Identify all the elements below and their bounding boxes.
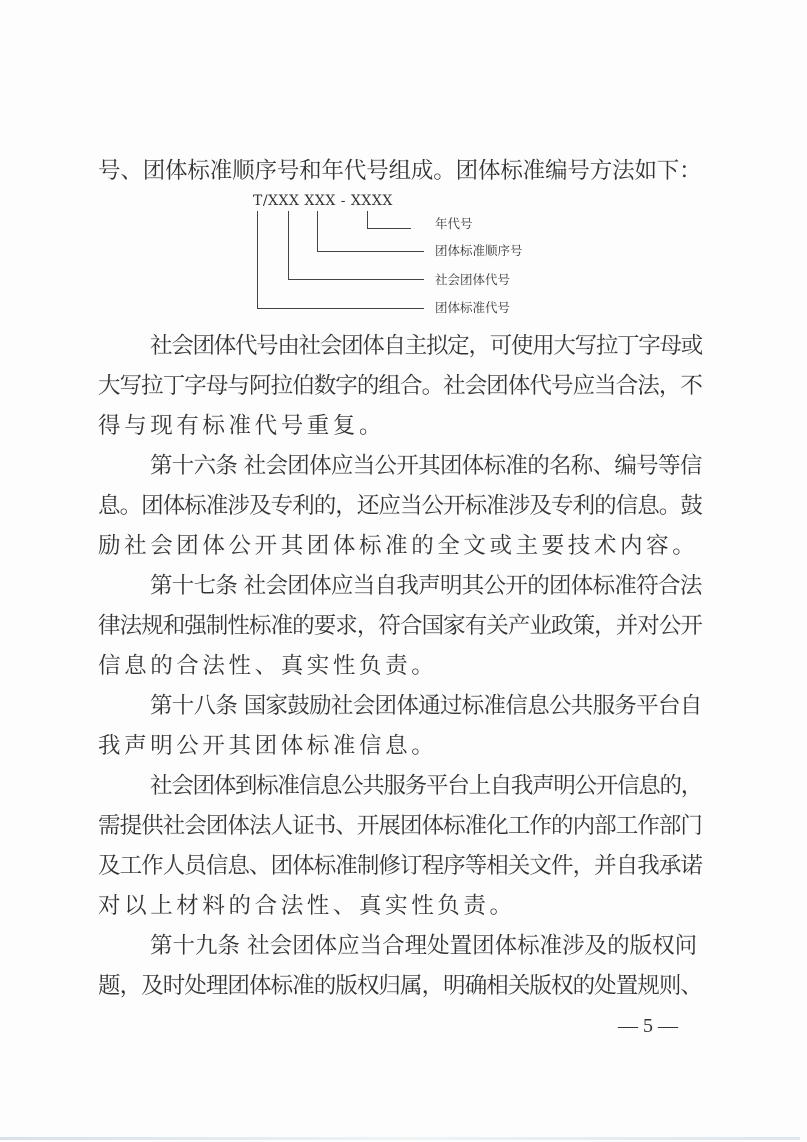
connector-line	[367, 211, 368, 228]
connector-line	[317, 251, 424, 252]
text-line: 息。团体标准涉及专利的，还应当公开标准涉及专利的信息。鼓	[98, 491, 702, 521]
standard-number-format: T/XXX XXX - XXXX	[253, 193, 393, 209]
page-number: — 5 —	[618, 1015, 678, 1038]
connector-line	[288, 279, 424, 280]
text-line: 励社会团体公开其团体标准的全文或主要技术内容。	[98, 531, 702, 561]
label-org-code: 社会团体代号	[435, 270, 510, 288]
text-line: 信息的合法性、真实性负责。	[98, 651, 702, 681]
connector-line	[317, 211, 318, 251]
text-line: 对以上材料的合法性、真实性负责。	[98, 891, 702, 921]
standard-number-diagram: T/XXX XXX - XXXX 年代号 团体标准顺序号 社会团体代号 团体标准…	[240, 190, 560, 320]
text-line: 社会团体到标准信息公共服务平台上自我声明公开信息的，	[150, 771, 702, 801]
text-line: 我声明公开其团体标准信息。	[98, 731, 702, 761]
text-line: 社会团体代号由社会团体自主拟定，可使用大写拉丁字母或	[150, 331, 702, 361]
text-line: 需提供社会团体法人证书、开展团体标准化工作的内部工作部门	[98, 811, 702, 841]
text-line: 大写拉丁字母与阿拉伯数字的组合。社会团体代号应当合法，不	[98, 371, 702, 401]
page-bottom-edge	[0, 1137, 800, 1140]
article-18-heading-line: 第十八条 国家鼓励社会团体通过标准信息公共服务平台自	[150, 691, 702, 721]
connector-line	[257, 308, 424, 309]
text-line: 号、团体标准顺序号和年代号组成。团体标准编号方法如下：	[98, 156, 702, 186]
text-line: 律法规和强制性标准的要求，符合国家有关产业政策，并对公开	[98, 611, 702, 641]
label-sequence-number: 团体标准顺序号	[435, 241, 523, 259]
label-year-code: 年代号	[435, 214, 473, 232]
text-line: 及工作人员信息、团体标准制修订程序等相关文件，并自我承诺	[98, 851, 702, 881]
article-16-heading-line: 第十六条 社会团体应当公开其团体标准的名称、编号等信	[150, 451, 702, 481]
connector-line	[288, 211, 289, 279]
text-line: 题，及时处理团体标准的版权归属，明确相关版权的处置规则、	[98, 971, 702, 1001]
article-17-heading-line: 第十七条 社会团体应当自我声明其公开的团体标准符合法	[150, 571, 702, 601]
connector-line	[257, 211, 258, 308]
article-19-heading-line: 第十九条 社会团体应当合理处置团体标准涉及的版权问	[150, 931, 702, 961]
label-standard-code: 团体标准代号	[435, 298, 510, 316]
document-page: 号、团体标准顺序号和年代号组成。团体标准编号方法如下： T/XXX XXX - …	[0, 0, 807, 1142]
text-line: 得与现有标准代号重复。	[98, 411, 702, 441]
connector-line	[367, 228, 411, 229]
